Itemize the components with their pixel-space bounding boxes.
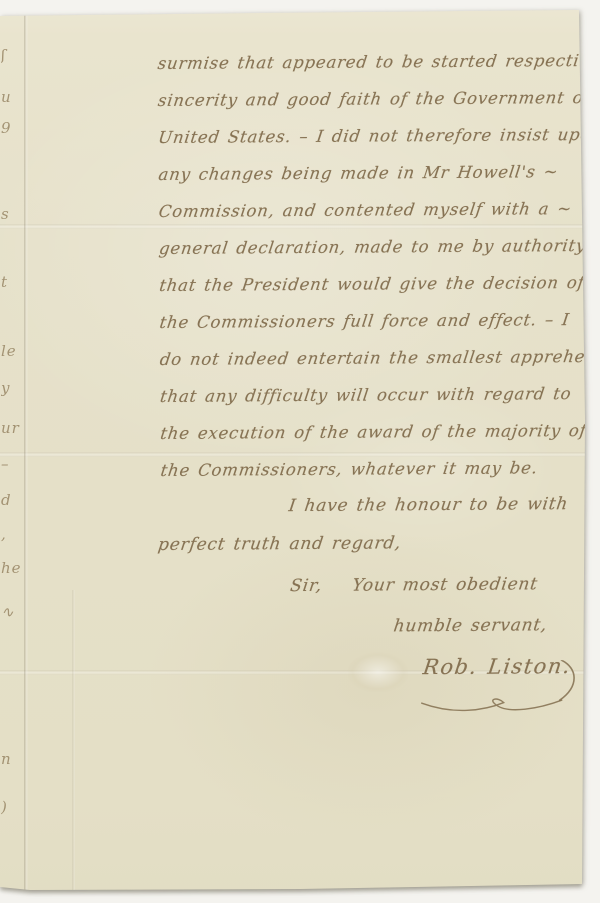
letter-line: any changes being made in Mr Howell's ~ bbox=[156, 153, 561, 193]
letter-line: that the President would give the decisi… bbox=[157, 264, 587, 304]
closing-text: perfect truth and regard, bbox=[157, 533, 403, 555]
closing-line: I have the honour to be with bbox=[287, 494, 566, 516]
letter-text: surmise that appeared to be started resp… bbox=[0, 0, 600, 903]
letter-body: surmise that appeared to be started resp… bbox=[155, 42, 588, 489]
letter-line: that any difficulty will occur with rega… bbox=[158, 375, 574, 415]
salutation: Sir, bbox=[289, 576, 324, 596]
scanned-letter-image: ʃ u 9 s t le y ur – d , he ∿ n ) surmise… bbox=[0, 0, 600, 903]
letter-page: ʃ u 9 s t le y ur – d , he ∿ n ) surmise… bbox=[0, 0, 600, 903]
paper-shadow-wrap: ʃ u 9 s t le y ur – d , he ∿ n ) surmise… bbox=[0, 0, 600, 903]
letter-line: Commission, and contented myself with a … bbox=[156, 190, 574, 230]
letter-line: sincerity and good faith of the Governme… bbox=[156, 79, 600, 119]
closing-text: Your most obedient bbox=[351, 574, 539, 595]
letter-line: the execution of the award of the majori… bbox=[158, 412, 589, 452]
letter-line: general declaration, made to me by autho… bbox=[157, 227, 593, 267]
closing-line: Sir,Your most obedient bbox=[289, 574, 537, 596]
closing-line: perfect truth and regard, bbox=[157, 533, 400, 555]
letter-line: the Commissioners full force and effect.… bbox=[157, 301, 572, 341]
closing-line: humble servant, bbox=[392, 615, 546, 636]
letter-line: surmise that appeared to be started resp… bbox=[155, 42, 600, 82]
closing-text: I have the honour to be with bbox=[287, 494, 569, 516]
letter-line: do not indeed entertain the smallest app… bbox=[157, 338, 600, 378]
closing-text: humble servant, bbox=[392, 615, 548, 636]
letter-line: United States. – I did not therefore ins… bbox=[156, 116, 600, 156]
letter-line: the Commissioners, whatever it may be. bbox=[158, 449, 540, 489]
signature-flourish-icon bbox=[411, 660, 591, 719]
